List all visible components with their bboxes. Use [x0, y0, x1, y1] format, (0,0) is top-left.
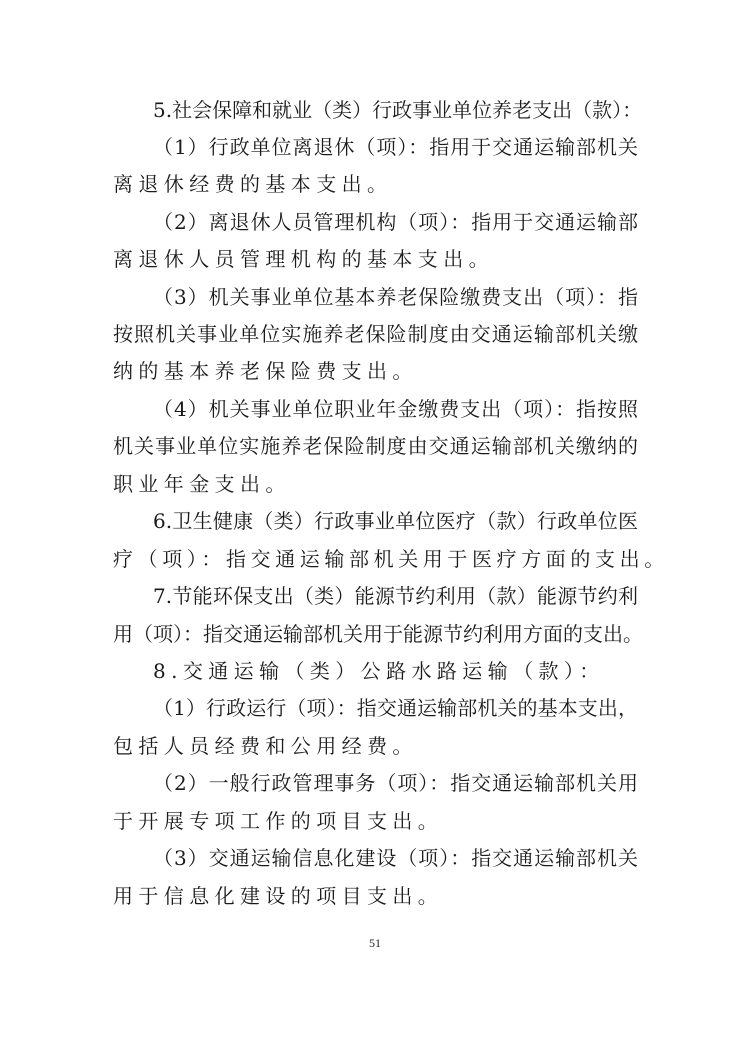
- paragraph-line: 8.交通运输（类）公路水路运输（款）：: [153, 656, 638, 686]
- paragraph-line: （1）行政单位离退休（项）：指用于交通运输部机关: [153, 132, 638, 162]
- paragraph-line: 离退休经费的基本支出。: [113, 169, 638, 199]
- paragraph-line: （3）机关事业单位基本养老保险缴费支出（项）：指: [153, 282, 638, 312]
- paragraph-line: 5.社会保障和就业（类）行政事业单位养老支出（款）：: [153, 95, 638, 125]
- paragraph-line: 疗（项）：指交通运输部机关用于医疗方面的支出。: [113, 544, 638, 574]
- document-page: 5.社会保障和就业（类）行政事业单位养老支出（款）： （1）行政单位离退休（项）…: [0, 0, 750, 1060]
- paragraph-line: （3）交通运输信息化建设（项）：指交通运输部机关: [153, 843, 638, 873]
- paragraph-line: 于开展专项工作的项目支出。: [113, 806, 638, 836]
- paragraph-line: 6.卫生健康（类）行政事业单位医疗（款）行政单位医: [153, 506, 638, 536]
- paragraph-line: 离退休人员管理机构的基本支出。: [113, 244, 638, 274]
- paragraph-line: 按照机关事业单位实施养老保险制度由交通运输部机关缴: [113, 319, 638, 349]
- paragraph-line: 纳的基本养老保险费支出。: [113, 356, 638, 386]
- paragraph-line: （2）离退休人员管理机构（项）：指用于交通运输部: [153, 207, 638, 237]
- paragraph-line: 包括人员经费和公用经费。: [113, 731, 638, 761]
- paragraph-line: 用（项）：指交通运输部机关用于能源节约利用方面的支出。: [113, 619, 638, 649]
- paragraph-line: （2）一般行政管理事务（项）：指交通运输部机关用: [153, 768, 638, 798]
- paragraph-line: 用于信息化建设的项目支出。: [113, 881, 638, 911]
- paragraph-line: （4）机关事业单位职业年金缴费支出（项）：指按照: [153, 394, 638, 424]
- paragraph-line: 7.节能环保支出（类）能源节约利用（款）能源节约利: [153, 581, 638, 611]
- paragraph-line: 机关事业单位实施养老保险制度由交通运输部机关缴纳的: [113, 431, 638, 461]
- paragraph-line: （1）行政运行（项）：指交通运输部机关的基本支出，: [153, 693, 638, 723]
- paragraph-line: 职业年金支出。: [113, 469, 638, 499]
- page-number: 51: [0, 936, 750, 951]
